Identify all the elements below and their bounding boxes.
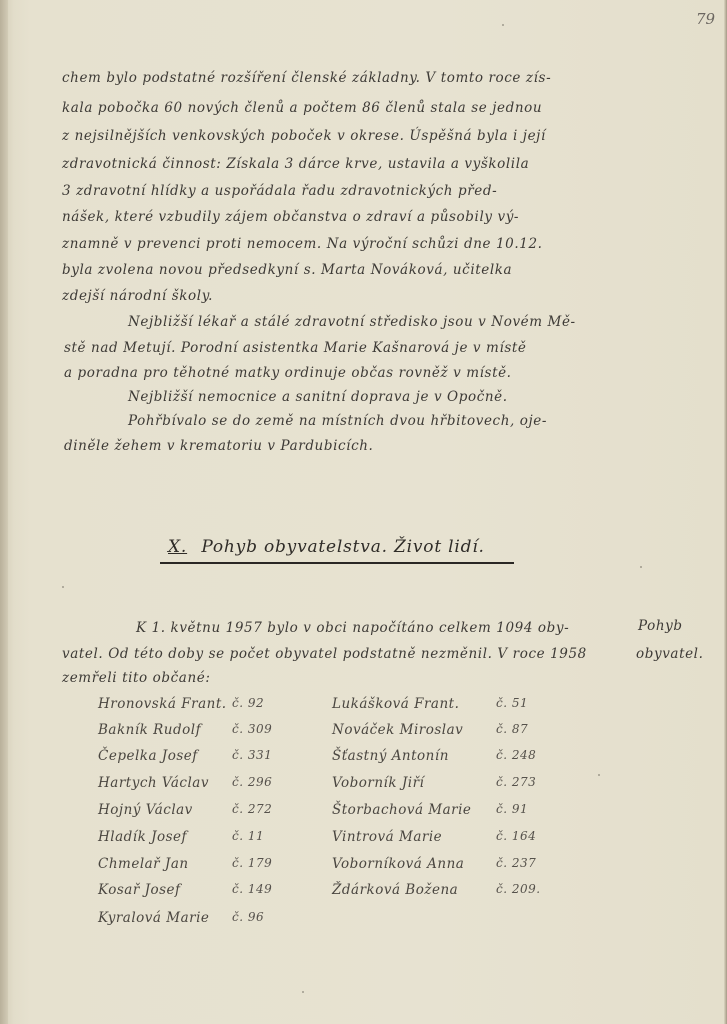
- scanned-page: 79 chem bylo podstatné rozšíření členské…: [0, 0, 727, 1024]
- deceased-name: Voborníková Anna: [332, 856, 464, 872]
- text-line: znamně v prevenci proti nemocem. Na výro…: [62, 238, 543, 252]
- deceased-name: Bakník Rudolf: [98, 722, 201, 738]
- paper-speck: [502, 24, 504, 26]
- page-number: 79: [696, 10, 715, 28]
- text-line: z nejsilnějších venkovských poboček v ok…: [62, 130, 546, 144]
- death-entry: Bakník Rudolf č. 309: [98, 722, 201, 738]
- chapter-title: Pohyb obyvatelstva. Život lidí.: [201, 537, 484, 557]
- text-line: Pohřbívalo se do země na místních dvou h…: [128, 415, 547, 429]
- house-number: č. 91: [496, 802, 528, 816]
- text-line: 3 zdravotní hlídky a uspořádala řadu zdr…: [62, 185, 497, 199]
- death-entry: Lukášková Frant. č. 51: [332, 696, 459, 712]
- house-number: č. 11: [232, 829, 264, 843]
- deceased-name: Nováček Miroslav: [332, 722, 463, 738]
- house-number: č. 296: [232, 775, 272, 789]
- deceased-name: Hartych Václav: [98, 775, 209, 791]
- text-line: stě nad Metují. Porodní asistentka Marie…: [64, 342, 527, 356]
- margin-note-line: Pohyb: [638, 618, 683, 634]
- text-line: Nejbližší lékař a stálé zdravotní středi…: [128, 316, 576, 330]
- death-entry: Hartych Václav č. 296: [98, 775, 209, 791]
- house-number: č. 331: [232, 748, 272, 762]
- deceased-name: Vintrová Marie: [332, 829, 442, 845]
- house-number: č. 51: [496, 696, 528, 710]
- text-line: kala pobočka 60 nových členů a počtem 86…: [62, 102, 542, 116]
- text-line: vatel. Od této doby se počet obyvatel po…: [62, 648, 587, 662]
- death-entry: Čepelka Josef č. 331: [98, 748, 198, 764]
- deceased-name: Hojný Václav: [98, 802, 193, 818]
- margin-note-line: obyvatel.: [636, 646, 704, 662]
- paper-speck: [62, 586, 64, 588]
- house-number: č. 96: [232, 910, 264, 924]
- chapter-heading: X. Pohyb obyvatelstva. Život lidí.: [168, 537, 485, 557]
- house-number: č. 272: [232, 802, 272, 816]
- death-entry: Hojný Václav č. 272: [98, 802, 193, 818]
- deceased-name: Voborník Jiří: [332, 775, 424, 791]
- text-line: a poradna pro těhotné matky ordinuje obč…: [64, 367, 512, 381]
- death-entry: Vintrová Marie č. 164: [332, 829, 442, 845]
- death-entry: Nováček Miroslav č. 87: [332, 722, 463, 738]
- death-entry: Hronovská Frant. č. 92: [98, 696, 227, 712]
- deceased-name: Chmelař Jan: [98, 856, 189, 872]
- death-entry: Voborník Jiří č. 273: [332, 775, 424, 791]
- house-number: č. 164: [496, 829, 536, 843]
- paper-speck: [640, 566, 642, 568]
- text-line: diněle žehem v krematoriu v Pardubicích.: [64, 440, 373, 454]
- death-entry: Hladík Josef č. 11: [98, 829, 187, 845]
- house-number: č. 149: [232, 882, 272, 896]
- house-number: č. 92: [232, 696, 264, 710]
- deceased-name: Hladík Josef: [98, 829, 187, 845]
- deceased-name: Hronovská Frant.: [98, 696, 227, 712]
- binding-gutter: [0, 0, 8, 1024]
- text-line: chem bylo podstatné rozšíření členské zá…: [62, 72, 551, 86]
- heading-underline: [160, 562, 514, 564]
- deceased-name: Ždárková Božena: [332, 882, 458, 898]
- text-line: zdejší národní školy.: [62, 290, 213, 304]
- house-number: č. 87: [496, 722, 528, 736]
- death-entry: Voborníková Anna č. 237: [332, 856, 464, 872]
- house-number: č. 273: [496, 775, 536, 789]
- deceased-name: Šťastný Antonín: [332, 748, 449, 764]
- house-number: č. 248: [496, 748, 536, 762]
- house-number: č. 237: [496, 856, 536, 870]
- death-entry: Šťastný Antonín č. 248: [332, 748, 449, 764]
- death-entry: Štorbachová Marie č. 91: [332, 802, 471, 818]
- deceased-name: Kyralová Marie: [98, 910, 209, 926]
- paper-speck: [598, 774, 600, 776]
- house-number: č. 209.: [496, 882, 541, 896]
- deceased-name: Kosař Josef: [98, 882, 181, 898]
- text-line: nášek, které vzbudily zájem občanstva o …: [62, 211, 519, 225]
- house-number: č. 309: [232, 722, 272, 736]
- deceased-name: Lukášková Frant.: [332, 696, 459, 712]
- deceased-name: Čepelka Josef: [98, 748, 198, 764]
- text-line: byla zvolena novou předsedkyní s. Marta …: [62, 264, 512, 278]
- house-number: č. 179: [232, 856, 272, 870]
- text-line: zemřeli tito občané:: [62, 672, 210, 686]
- paper-speck: [302, 991, 304, 993]
- death-entry: Kosař Josef č. 149: [98, 882, 181, 898]
- death-entry: Ždárková Božena č. 209.: [332, 882, 458, 898]
- deceased-name: Štorbachová Marie: [332, 802, 471, 818]
- text-line: Nejbližší nemocnice a sanitní doprava je…: [128, 391, 508, 405]
- text-line: K 1. květnu 1957 bylo v obci napočítáno …: [136, 622, 569, 636]
- death-entry: Chmelař Jan č. 179: [98, 856, 189, 872]
- death-entry: Kyralová Marie č. 96: [98, 910, 209, 926]
- chapter-number: X.: [168, 537, 187, 557]
- text-line: zdravotnická činnost: Získala 3 dárce kr…: [62, 158, 529, 172]
